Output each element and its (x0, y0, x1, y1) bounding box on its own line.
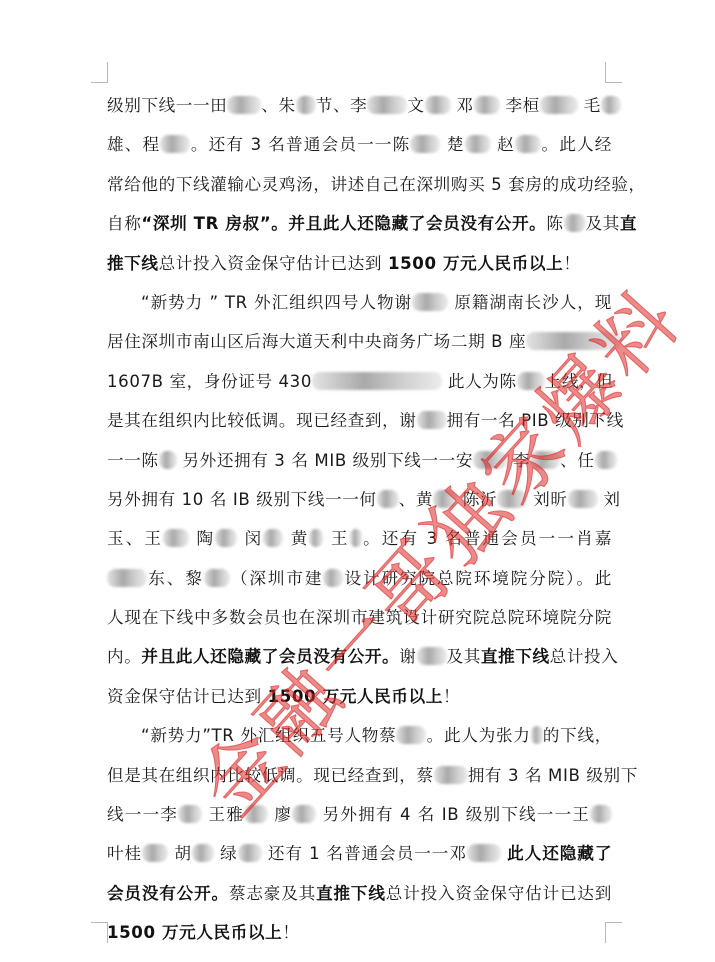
text-run: 李 (507, 451, 530, 470)
text-run: 资金保守估计已达到 (107, 687, 268, 706)
redaction-blur (350, 529, 362, 547)
text-run: 此人为陈 (442, 372, 517, 391)
text-run: 还有 1 名普通会员一一邓 (262, 844, 467, 863)
text-line: 雄、程。还有 3 名普通会员一一陈 楚 赵。此人经 (107, 125, 612, 164)
redaction-blur (590, 805, 612, 823)
text-run: 总计投入资金保守估计已达到 (159, 254, 388, 273)
crop-mark-top-left (91, 62, 108, 83)
text-run: 上线，但 (545, 372, 614, 391)
text-run: 廖 (268, 805, 292, 824)
text-run: 、朱 (261, 96, 295, 115)
text-line: 人现在下线中多数会员也在深圳市建筑设计研究院总院环境院分院 (107, 598, 612, 637)
text-run: 原籍湖南长沙人，现 (448, 293, 612, 312)
text-run: 另外还拥有 3 名 MIB 级别下线一一安 (177, 451, 473, 470)
text-run: 常给他的下线灌输心灵鸡汤，讲述自己在深圳购买 5 套房的成功经验， (107, 175, 646, 194)
redaction-blur (377, 490, 399, 508)
bold-text: 直 (620, 214, 637, 233)
redaction-blur (417, 647, 447, 665)
redaction-blur (309, 529, 323, 547)
text-line: 东、黎（深圳市建设计研究院总院环境院分院）。此 (107, 559, 612, 598)
text-run: 刘昕 (527, 490, 567, 509)
text-run: 及其 (447, 647, 481, 666)
text-line: 叶桂 胡 绿 还有 1 名普通会员一一邓 此人还隐藏了 (107, 834, 612, 873)
text-line: 1607B 室，身份证号 430 此人为陈上线，但 (107, 362, 612, 401)
text-run: 雄、程 (107, 135, 160, 154)
text-run: 人现在下线中多数会员也在深圳市建筑设计研究院总院环境院分院 (107, 608, 612, 627)
text-run: 总计投入 (550, 647, 619, 666)
redaction-blur (465, 135, 491, 153)
redaction-blur (568, 490, 598, 508)
text-run: 总计投入资金保守估计已达到 (386, 884, 612, 903)
document-page: 级别下线一一田、朱节、李文 邓 李桓 毛雄、程。还有 3 名普通会员一一陈 楚 … (0, 0, 715, 962)
text-run: 陶 (189, 529, 215, 548)
text-run: 一一陈 (107, 451, 159, 470)
text-run: 。还有 3 名普通会员一一肖嘉 (362, 529, 612, 548)
text-run: 王雅 (202, 805, 244, 824)
text-run: 李桓 (500, 96, 540, 115)
text-run: 但是其在组织内比较低调。现已经查到，蔡 (107, 766, 434, 785)
text-run: 。此人经 (541, 135, 612, 154)
redaction-blur (417, 411, 447, 429)
redaction-blur (178, 805, 202, 823)
document-body: 级别下线一一田、朱节、李文 邓 李桓 毛雄、程。还有 3 名普通会员一一陈 楚 … (107, 86, 612, 953)
redaction-blur (263, 529, 283, 547)
redaction-blur (564, 214, 586, 232)
bold-text: 1500 万元人民币以上 (388, 254, 563, 273)
redaction-blur (396, 726, 426, 744)
text-run: 拥有一名 PIB 级别下线 (447, 411, 624, 430)
redaction-blur (160, 135, 190, 153)
text-run: 东、黎 (147, 569, 204, 588)
text-line: 但是其在组织内比较低调。现已经查到，蔡拥有 3 名 MIB 级别下 (107, 756, 612, 795)
text-run: 胡 (168, 844, 192, 863)
bold-text: 1500 万元人民币以上 (268, 687, 443, 706)
text-line: “新势力 ” TR 外汇组织四号人物谢 原籍湖南长沙人，现 (107, 283, 612, 322)
redaction-blur (540, 96, 578, 114)
redaction-blur (497, 490, 527, 508)
text-run: 王 (323, 529, 349, 548)
crop-mark-bottom-left (91, 922, 108, 943)
bold-text: 此人还隐藏了 (507, 844, 612, 863)
text-run: 线一一李 (107, 805, 178, 824)
text-run: ！ (443, 687, 460, 706)
text-run: “新势力 ” TR 外汇组织四号人物谢 (141, 293, 412, 312)
text-run: 文 (407, 96, 424, 115)
text-run: 及其 (586, 214, 620, 233)
text-run: 设计研究院总院环境院分院）。此 (343, 569, 612, 588)
bold-text: 推下线 (107, 254, 159, 273)
text-run: 的下线， (543, 726, 612, 745)
text-run: （深圳市建 (230, 569, 324, 588)
redaction-blur (192, 844, 214, 862)
text-run: 叶桂 (107, 844, 142, 863)
redaction-blur (142, 844, 168, 862)
text-run: 另外拥有 4 名 IB 级别下线一一王 (316, 805, 590, 824)
text-run: 1607B 室，身份证号 430 (107, 372, 312, 391)
redaction-blur (474, 96, 500, 114)
redaction-blur (425, 96, 451, 114)
text-run: 自称 (107, 214, 141, 233)
bold-text: 直推下线 (481, 647, 550, 666)
text-line: 资金保守估计已达到 1500 万元人民币以上！ (107, 677, 612, 716)
text-run: ！ (563, 254, 580, 273)
text-line: 一一陈 另外还拥有 3 名 MIB 级别下线一一安 李、任 (107, 441, 612, 480)
bold-text: 会员没有公开。 (107, 884, 229, 903)
text-run: 闵 (237, 529, 263, 548)
text-line: 1500 万元人民币以上！ (107, 913, 612, 952)
redaction-blur (163, 529, 189, 547)
text-run: 是其在组织内比较低调。现已经查到，谢 (107, 411, 417, 430)
text-run: 拥有 3 名 MIB 级别下 (468, 766, 638, 785)
redaction-blur (292, 805, 316, 823)
text-run: 陈 (546, 214, 563, 233)
redaction-blur (467, 844, 501, 862)
text-line: 会员没有公开。蔡志豪及其直推下线总计投入资金保守估计已达到 (107, 874, 612, 913)
redaction-blur (312, 372, 442, 390)
redaction-blur (473, 451, 507, 469)
crop-mark-top-right (605, 62, 622, 83)
text-run: 内。 (107, 647, 141, 666)
text-run: 、黄 (399, 490, 433, 509)
redaction-blur (367, 96, 407, 114)
redaction-blur (433, 490, 457, 508)
redaction-blur (434, 766, 468, 784)
bold-text: 1500 万元人民币以上 (107, 923, 282, 942)
text-line: 内。并且此人还隐藏了会员没有公开。谢及其直推下线总计投入 (107, 637, 612, 676)
text-line: 居住深圳市南山区后海大道天利中央商务广场二期 B 座 (107, 322, 612, 361)
text-run: 毛 (578, 96, 601, 115)
redaction-blur (517, 372, 545, 390)
bold-text: 直推下线 (316, 884, 386, 903)
text-line: 常给他的下线灌输心灵鸡汤，讲述自己在深圳购买 5 套房的成功经验， (107, 165, 612, 204)
redaction-blur (595, 451, 617, 469)
text-run: 黄 (283, 529, 309, 548)
redaction-blur (601, 96, 621, 114)
redaction-blur (296, 96, 316, 114)
redaction-blur (107, 569, 147, 587)
text-run: 级别下线一一田 (107, 96, 227, 115)
text-run: 。此人为张力 (426, 726, 530, 745)
text-line: 自称“深圳 TR 房叔”。并且此人还隐藏了会员没有公开。陈及其直 (107, 204, 612, 243)
text-run: 节、李 (316, 96, 368, 115)
redaction-blur (515, 135, 541, 153)
text-line: 推下线总计投入资金保守估计已达到 1500 万元人民币以上！ (107, 244, 612, 283)
text-run: 居住深圳市南山区后海大道天利中央商务广场二期 B 座 (107, 332, 526, 351)
text-run: 邓 (451, 96, 474, 115)
text-run: 刘 (598, 490, 621, 509)
text-line: 另外拥有 10 名 IB 级别下线一一何、黄 陈沂 刘昕 刘 (107, 480, 612, 519)
bold-text: 并且此人还隐藏了会员没有公开。 (141, 647, 399, 666)
text-line: 线一一李 王雅 廖 另外拥有 4 名 IB 级别下线一一王 (107, 795, 612, 834)
text-run: 陈沂 (457, 490, 497, 509)
text-run: 绿 (214, 844, 238, 863)
text-line: 级别下线一一田、朱节、李文 邓 李桓 毛 (107, 86, 612, 125)
text-line: 是其在组织内比较低调。现已经查到，谢拥有一名 PIB 级别下线 (107, 401, 612, 440)
redaction-blur (159, 451, 177, 469)
redaction-blur (410, 135, 440, 153)
redaction-blur (412, 293, 448, 311)
redaction-blur (238, 844, 262, 862)
text-run: 楚 (440, 135, 464, 154)
redaction-blur (323, 569, 343, 587)
redaction-blur (530, 451, 560, 469)
redaction-blur (244, 805, 268, 823)
redaction-blur (526, 332, 622, 350)
text-run: “新势力”TR 外汇组织五号人物蔡 (141, 726, 396, 745)
text-run: 玉、王 (107, 529, 163, 548)
bold-text: “深圳 TR 房叔”。并且此人还隐藏了会员没有公开。 (141, 214, 546, 233)
text-run: 另外拥有 10 名 IB 级别下线一一何 (107, 490, 377, 509)
redaction-blur (531, 726, 543, 744)
redaction-blur (227, 96, 261, 114)
text-run: ！ (282, 923, 299, 942)
redaction-blur (204, 569, 230, 587)
text-run: 。还有 3 名普通会员一一陈 (190, 135, 410, 154)
text-line: “新势力”TR 外汇组织五号人物蔡。此人为张力的下线， (107, 716, 612, 755)
text-run: 赵 (491, 135, 515, 154)
text-line: 玉、王 陶 闵 黄 王。还有 3 名普通会员一一肖嘉 (107, 519, 612, 558)
text-run: 、任 (560, 451, 594, 470)
text-run: 谢 (399, 647, 416, 666)
text-run: 蔡志豪及其 (229, 884, 316, 903)
redaction-blur (215, 529, 237, 547)
